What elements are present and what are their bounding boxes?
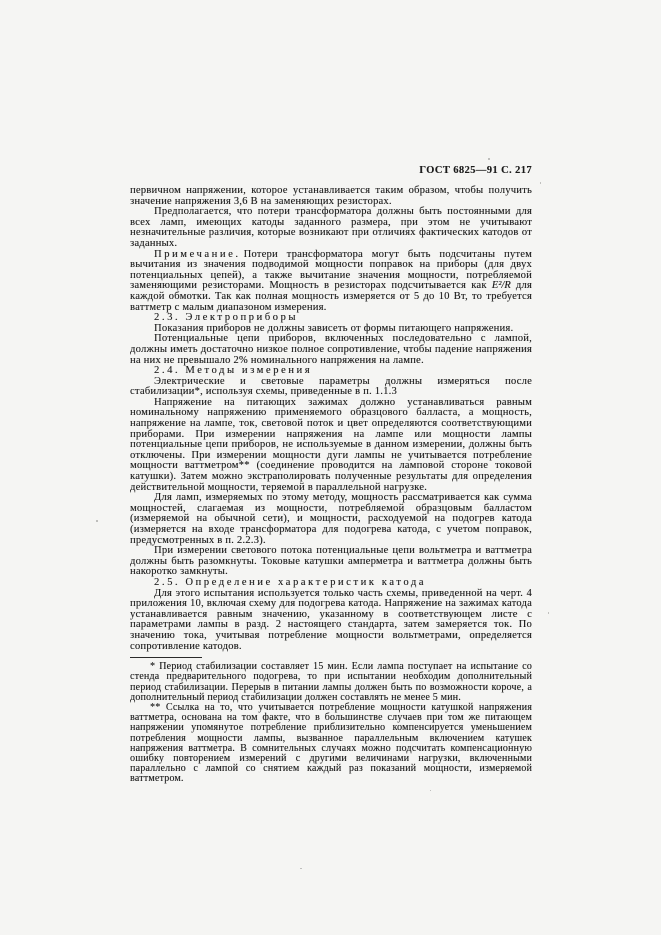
footnote-separator-rule: [130, 657, 202, 658]
scan-speck: [300, 868, 302, 869]
footnote-stabilization-period: * Период стабилизации составляет 15 мин.…: [130, 662, 532, 703]
scan-speck: [488, 158, 490, 160]
scan-speck: [462, 344, 464, 345]
section-heading-2-5-cathode-characteristics: 2.5. Определение характеристик катода: [130, 578, 532, 589]
paragraph: Потенциальные цепи приборов, включенных …: [130, 334, 532, 366]
formula-e-squared-over-r: E²/R: [492, 280, 511, 291]
scanned-document-page: ГОСТ 6825—91 С. 217 первичном напряжении…: [0, 0, 661, 935]
paragraph: Для этого испытания используется только …: [130, 589, 532, 653]
page-header-gost-number: ГОСТ 6825—91 С. 217: [130, 165, 532, 176]
scan-speck: [430, 790, 431, 791]
note-paragraph: Примечание.Потери трансформатора могут б…: [130, 250, 532, 314]
footnotes-block: * Период стабилизации составляет 15 мин.…: [130, 662, 532, 784]
paragraph: Напряжение на питающих зажимах должно ус…: [130, 398, 532, 493]
scan-speck: [96, 520, 98, 522]
paragraph-continuation: первичном напряжении, которое устанавлив…: [130, 186, 532, 207]
paragraph: Для ламп, измеряемых по этому методу, мо…: [130, 493, 532, 546]
paragraph: Электрические и световые параметры должн…: [130, 377, 532, 398]
scan-speck: [548, 612, 549, 614]
paragraph: Предполагается, что потери трансформатор…: [130, 207, 532, 249]
footnote-wattmeter-consumption: ** Ссылка на то, что учитывается потребл…: [130, 703, 532, 785]
note-label: Примечание.: [154, 249, 241, 260]
paragraph: При измерении светового потока потенциал…: [130, 546, 532, 578]
main-text-column: первичном напряжении, которое устанавлив…: [130, 186, 532, 785]
scan-speck: [540, 182, 541, 184]
